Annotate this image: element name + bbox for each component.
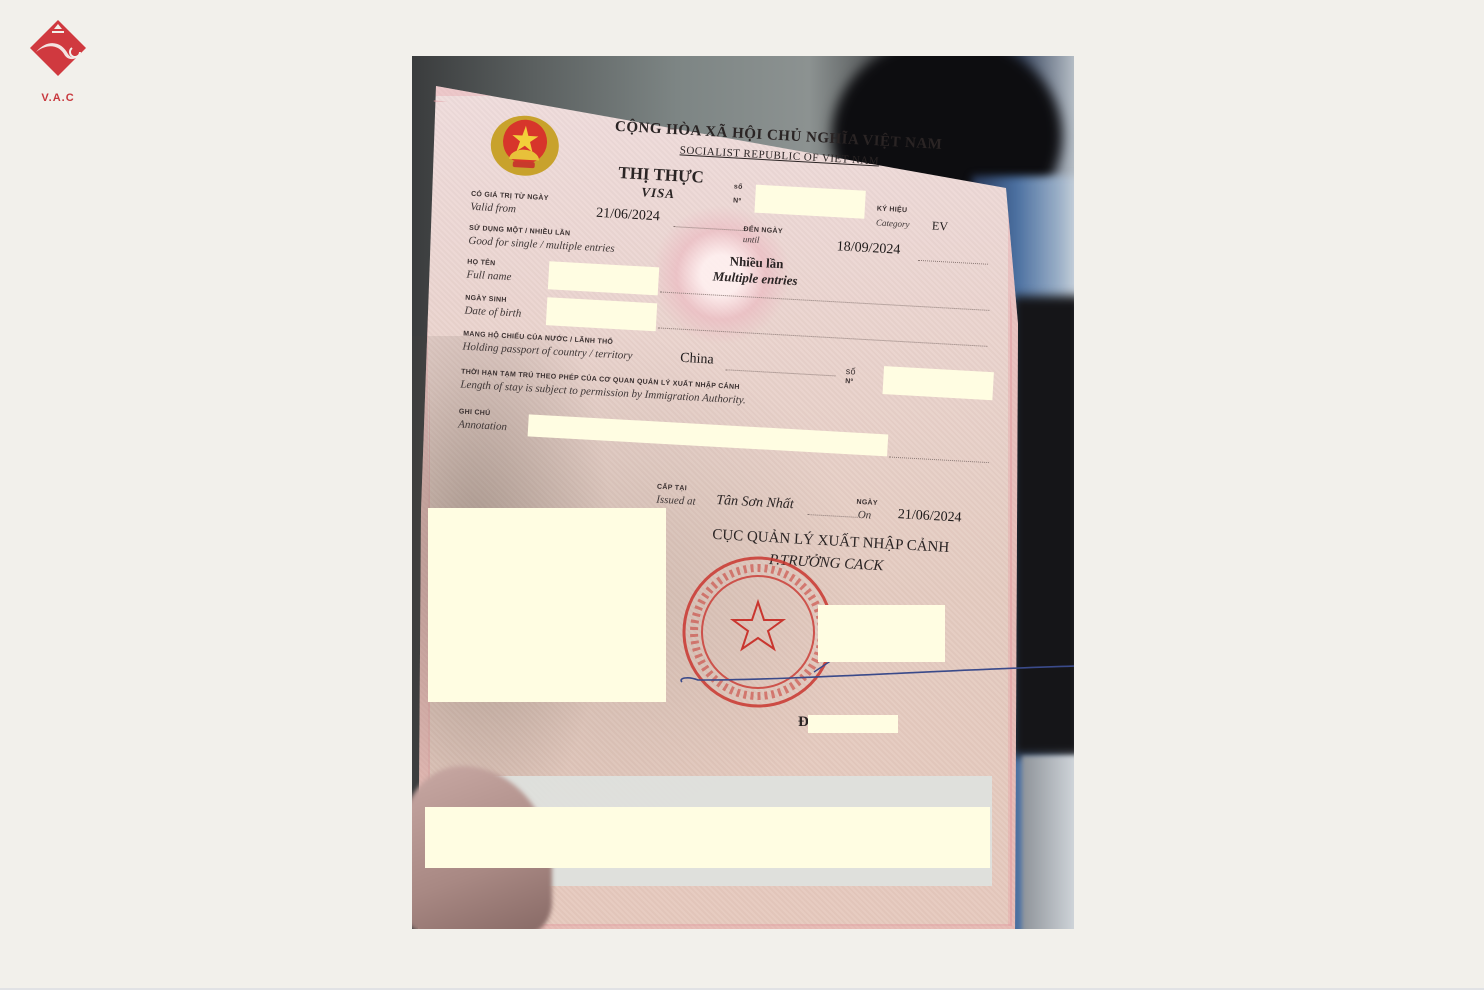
until-label-en: until	[743, 234, 760, 245]
entries-label-en: Good for single / multiple entries	[468, 235, 615, 255]
visa-title-vn: THỊ THỰC	[618, 163, 704, 188]
redacted-signer-initials	[808, 715, 898, 733]
issued-on-value: 21/06/2024	[897, 507, 962, 527]
vac-diamond-logo-icon	[28, 18, 88, 78]
passport-no-label-vn: số	[845, 366, 856, 377]
vac-logo[interactable]: V.A.C	[24, 14, 92, 106]
redacted-visa-number	[754, 185, 865, 219]
dotted-line	[808, 514, 858, 518]
annotation-label-en: Annotation	[458, 418, 507, 433]
redacted-mrz	[425, 807, 990, 868]
number-label-vn: số	[734, 183, 743, 190]
issued-at-value: Tân Sơn Nhất	[716, 493, 794, 513]
issued-at-label-en: Issued at	[656, 494, 696, 508]
redacted-signer-name	[818, 605, 945, 662]
annotation-label-vn: GHI CHÚ	[459, 408, 491, 417]
passport-country-value: China	[680, 351, 714, 369]
redacted-full-name	[548, 261, 659, 295]
redacted-annotation	[528, 414, 889, 456]
signature-stroke-icon	[678, 660, 1074, 700]
issued-on-label-vn: NGÀY	[856, 499, 878, 507]
category-value: EV	[932, 219, 949, 235]
category-label-vn: KÝ HIỆU	[877, 205, 908, 214]
category-label-en: Category	[876, 217, 910, 229]
visa-title-en: VISA	[641, 184, 675, 202]
visa-photo: CỘNG HÒA XÃ HỘI CHỦ NGHĨA VIỆT NAM SOCIA…	[412, 56, 1074, 929]
until-value: 18/09/2024	[836, 239, 901, 259]
vietnam-national-emblem-icon	[486, 112, 563, 180]
full-name-label-vn: HỌ TÊN	[467, 259, 496, 268]
full-name-label-en: Full name	[466, 269, 512, 283]
issued-on-label-en: On	[857, 509, 871, 522]
number-label-en: Nº	[733, 197, 742, 204]
issued-at-label-vn: CẤP TẠI	[657, 484, 687, 493]
valid-from-label-vn: CÓ GIÁ TRỊ TỪ NGÀY	[471, 191, 549, 202]
redacted-portrait-photo	[428, 508, 666, 702]
header-vn: CỘNG HÒA XÃ HỘI CHỦ NGHĨA VIỆT NAM	[615, 119, 943, 154]
brand-name: V.A.C	[24, 92, 92, 104]
dob-label-en: Date of birth	[464, 305, 521, 320]
valid-from-value: 21/06/2024	[596, 206, 661, 226]
dotted-line	[889, 457, 989, 464]
dotted-line	[918, 260, 988, 265]
passport-no-label-en: Nº	[845, 378, 854, 385]
dob-label-vn: NGÀY SINH	[465, 295, 507, 304]
visa-content: CỘNG HÒA XÃ HỘI CHỦ NGHĨA VIỆT NAM SOCIA…	[412, 56, 1074, 929]
valid-from-label-en: Valid from	[470, 201, 516, 216]
redacted-passport-number	[883, 366, 994, 400]
redacted-date-of-birth	[546, 297, 657, 331]
dotted-line	[726, 369, 836, 376]
